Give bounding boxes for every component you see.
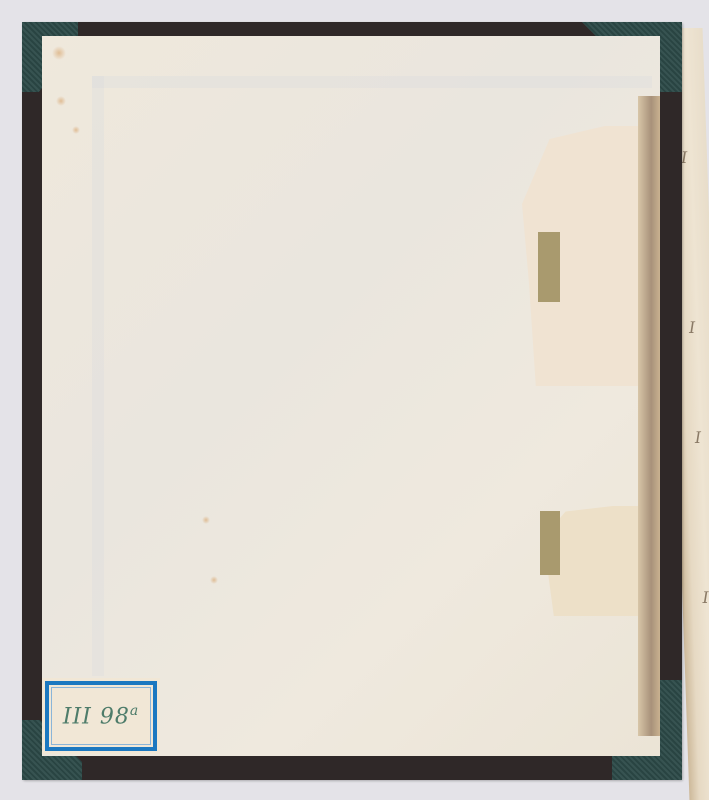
shelfmark-main: III 98 [63, 704, 130, 729]
foxing-spot [202, 516, 210, 524]
paper-fold-line [92, 76, 652, 88]
foxing-spot [56, 96, 66, 106]
foxing-spot [72, 126, 80, 134]
label-inner-frame: III 98a [51, 687, 151, 745]
paper-fold-line [92, 76, 104, 676]
catalogue-label: III 98a [42, 678, 160, 754]
pastedown-endpaper [42, 36, 660, 756]
book-photo: I I I I III 98a [0, 0, 709, 800]
label-border: III 98a [45, 681, 157, 751]
foxing-spot [210, 576, 218, 584]
exposed-board-patch [538, 232, 560, 302]
shelfmark-suffix: a [130, 703, 139, 719]
facing-page-mark: I [689, 318, 696, 337]
facing-page-mark: I [702, 588, 709, 607]
hinge-strip [638, 96, 660, 736]
shelfmark-text: III 98a [63, 703, 139, 729]
foxing-spot [52, 46, 66, 60]
facing-page-mark: I [694, 428, 701, 447]
exposed-board-patch [540, 511, 560, 575]
